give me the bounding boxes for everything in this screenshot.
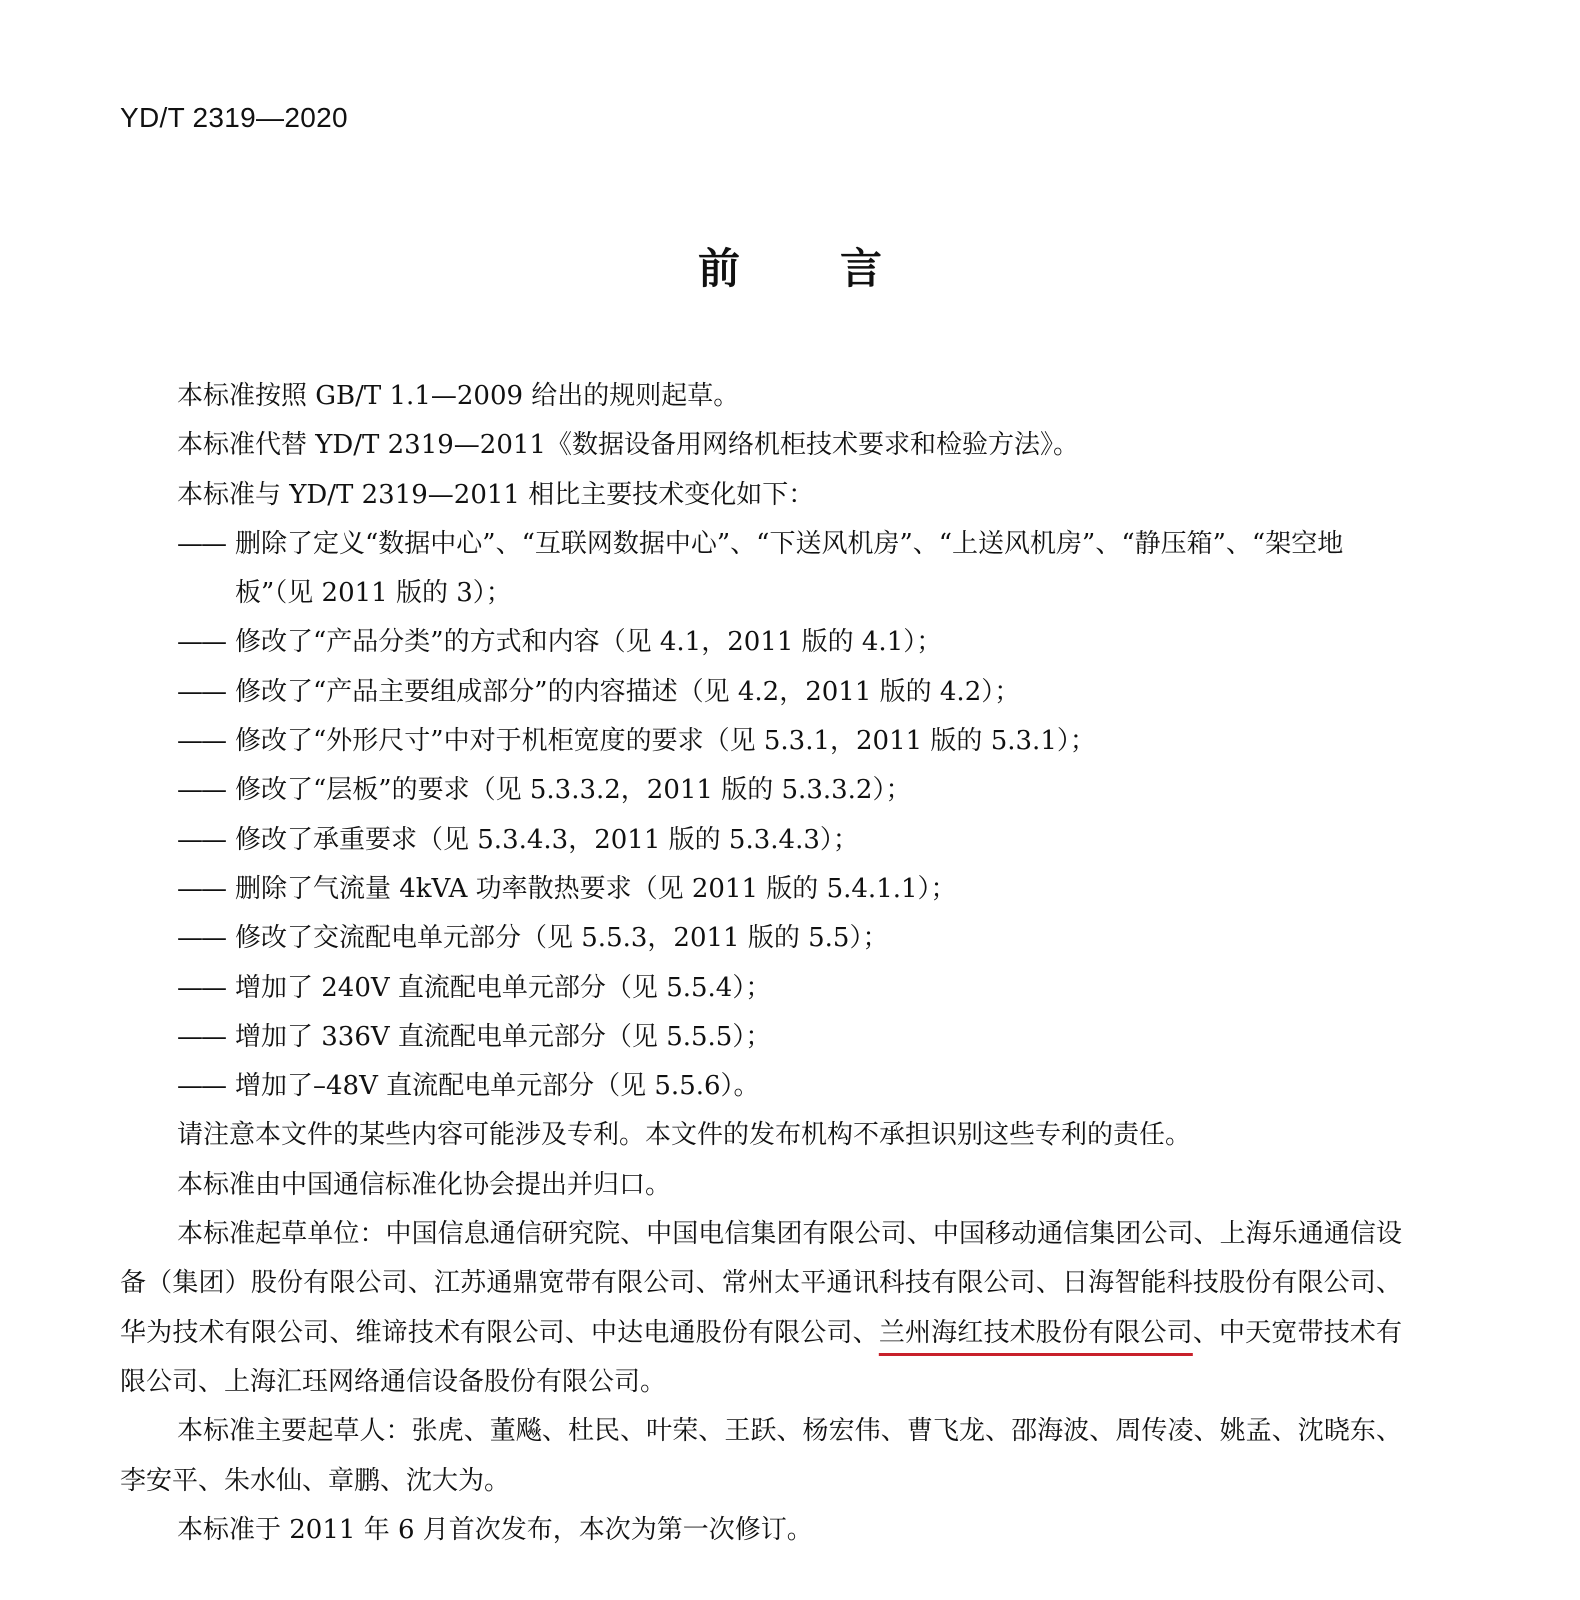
change-text: 修改了“层板”的要求（见 5.3.3.2，2011 版的 5.3.3.2）； <box>235 775 911 805</box>
dash-marker: —— <box>177 766 235 815</box>
main-drafters: 本标准主要起草人：张虎、董飚、杜民、叶荣、王跃、杨宏伟、曹飞龙、邵海波、周传凌、… <box>120 1407 1402 1506</box>
title-char-2: 言 <box>840 236 882 296</box>
change-item: ——修改了“层板”的要求（见 5.3.3.2，2011 版的 5.3.3.2）； <box>120 766 1402 815</box>
document-body: 本标准按照 GB/T 1.1—2009 给出的规则起草。 本标准代替 YD/T … <box>120 372 1402 1555</box>
change-text: 增加了 336V 直流配电单元部分（见 5.5.5）； <box>235 1022 771 1052</box>
page-title: 前言 <box>0 236 1580 296</box>
change-item: ——删除了定义“数据中心”、“互联网数据中心”、“下送风机房”、“上送风机房”、… <box>120 520 1402 619</box>
patent-notice: 请注意本文件的某些内容可能涉及专利。本文件的发布机构不承担识别这些专利的责任。 <box>120 1111 1402 1160</box>
dash-marker: —— <box>177 1013 235 1062</box>
proposer-statement: 本标准由中国通信标准化协会提出并归口。 <box>120 1161 1402 1210</box>
change-text: 修改了承重要求（见 5.3.4.3，2011 版的 5.3.4.3）； <box>235 825 859 855</box>
change-text: 修改了“产品主要组成部分”的内容描述（见 4.2，2011 版的 4.2）； <box>235 677 1020 707</box>
change-list: ——删除了定义“数据中心”、“互联网数据中心”、“下送风机房”、“上送风机房”、… <box>120 520 1402 1112</box>
intro-replaces: 本标准代替 YD/T 2319—2011《数据设备用网络机柜技术要求和检验方法》… <box>120 421 1402 470</box>
change-text: 删除了气流量 4kVA 功率散热要求（见 2011 版的 5.4.1.1）； <box>235 874 957 904</box>
change-text: 修改了“产品分类”的方式和内容（见 4.1，2011 版的 4.1）； <box>235 627 942 657</box>
change-item: ——修改了交流配电单元部分（见 5.5.3，2011 版的 5.5）； <box>120 914 1402 963</box>
dash-marker: —— <box>177 668 235 717</box>
change-text: 修改了“外形尺寸”中对于机柜宽度的要求（见 5.3.1，2011 版的 5.3.… <box>235 726 1096 756</box>
change-item: ——删除了气流量 4kVA 功率散热要求（见 2011 版的 5.4.1.1）； <box>120 865 1402 914</box>
title-char-1: 前 <box>698 236 740 296</box>
change-item: ——修改了“外形尺寸”中对于机柜宽度的要求（见 5.3.1，2011 版的 5.… <box>120 717 1402 766</box>
change-item: ——增加了 336V 直流配电单元部分（见 5.5.5）； <box>120 1013 1402 1062</box>
publication-history: 本标准于 2011 年 6 月首次发布，本次为第一次修订。 <box>120 1506 1402 1555</box>
change-text: 删除了定义“数据中心”、“互联网数据中心”、“下送风机房”、“上送风机房”、“静… <box>235 529 1343 608</box>
intro-changes-heading: 本标准与 YD/T 2319—2011 相比主要技术变化如下： <box>120 471 1402 520</box>
change-text: 增加了–48V 直流配电单元部分（见 5.5.6）。 <box>235 1071 760 1101</box>
change-item: ——增加了 240V 直流配电单元部分（见 5.5.4）； <box>120 964 1402 1013</box>
change-item: ——修改了“产品分类”的方式和内容（见 4.1，2011 版的 4.1）； <box>120 618 1402 667</box>
dash-marker: —— <box>177 914 235 963</box>
dash-marker: —— <box>177 865 235 914</box>
dash-marker: —— <box>177 1062 235 1111</box>
intro-drafting-rules: 本标准按照 GB/T 1.1—2009 给出的规则起草。 <box>120 372 1402 421</box>
standard-code: YD/T 2319—2020 <box>120 102 348 134</box>
dash-marker: —— <box>177 816 235 865</box>
change-text: 修改了交流配电单元部分（见 5.5.3，2011 版的 5.5）； <box>235 923 888 953</box>
dash-marker: —— <box>177 964 235 1013</box>
change-item: ——修改了“产品主要组成部分”的内容描述（见 4.2，2011 版的 4.2）； <box>120 668 1402 717</box>
dash-marker: —— <box>177 618 235 667</box>
change-item: ——修改了承重要求（见 5.3.4.3，2011 版的 5.3.4.3）； <box>120 816 1402 865</box>
change-text: 增加了 240V 直流配电单元部分（见 5.5.4）； <box>235 973 771 1003</box>
highlighted-company: 兰州海红技术股份有限公司 <box>879 1318 1193 1348</box>
dash-marker: —— <box>177 520 235 569</box>
drafting-units: 本标准起草单位：中国信息通信研究院、中国电信集团有限公司、中国移动通信集团公司、… <box>120 1210 1402 1407</box>
change-item: ——增加了–48V 直流配电单元部分（见 5.5.6）。 <box>120 1062 1402 1111</box>
dash-marker: —— <box>177 717 235 766</box>
